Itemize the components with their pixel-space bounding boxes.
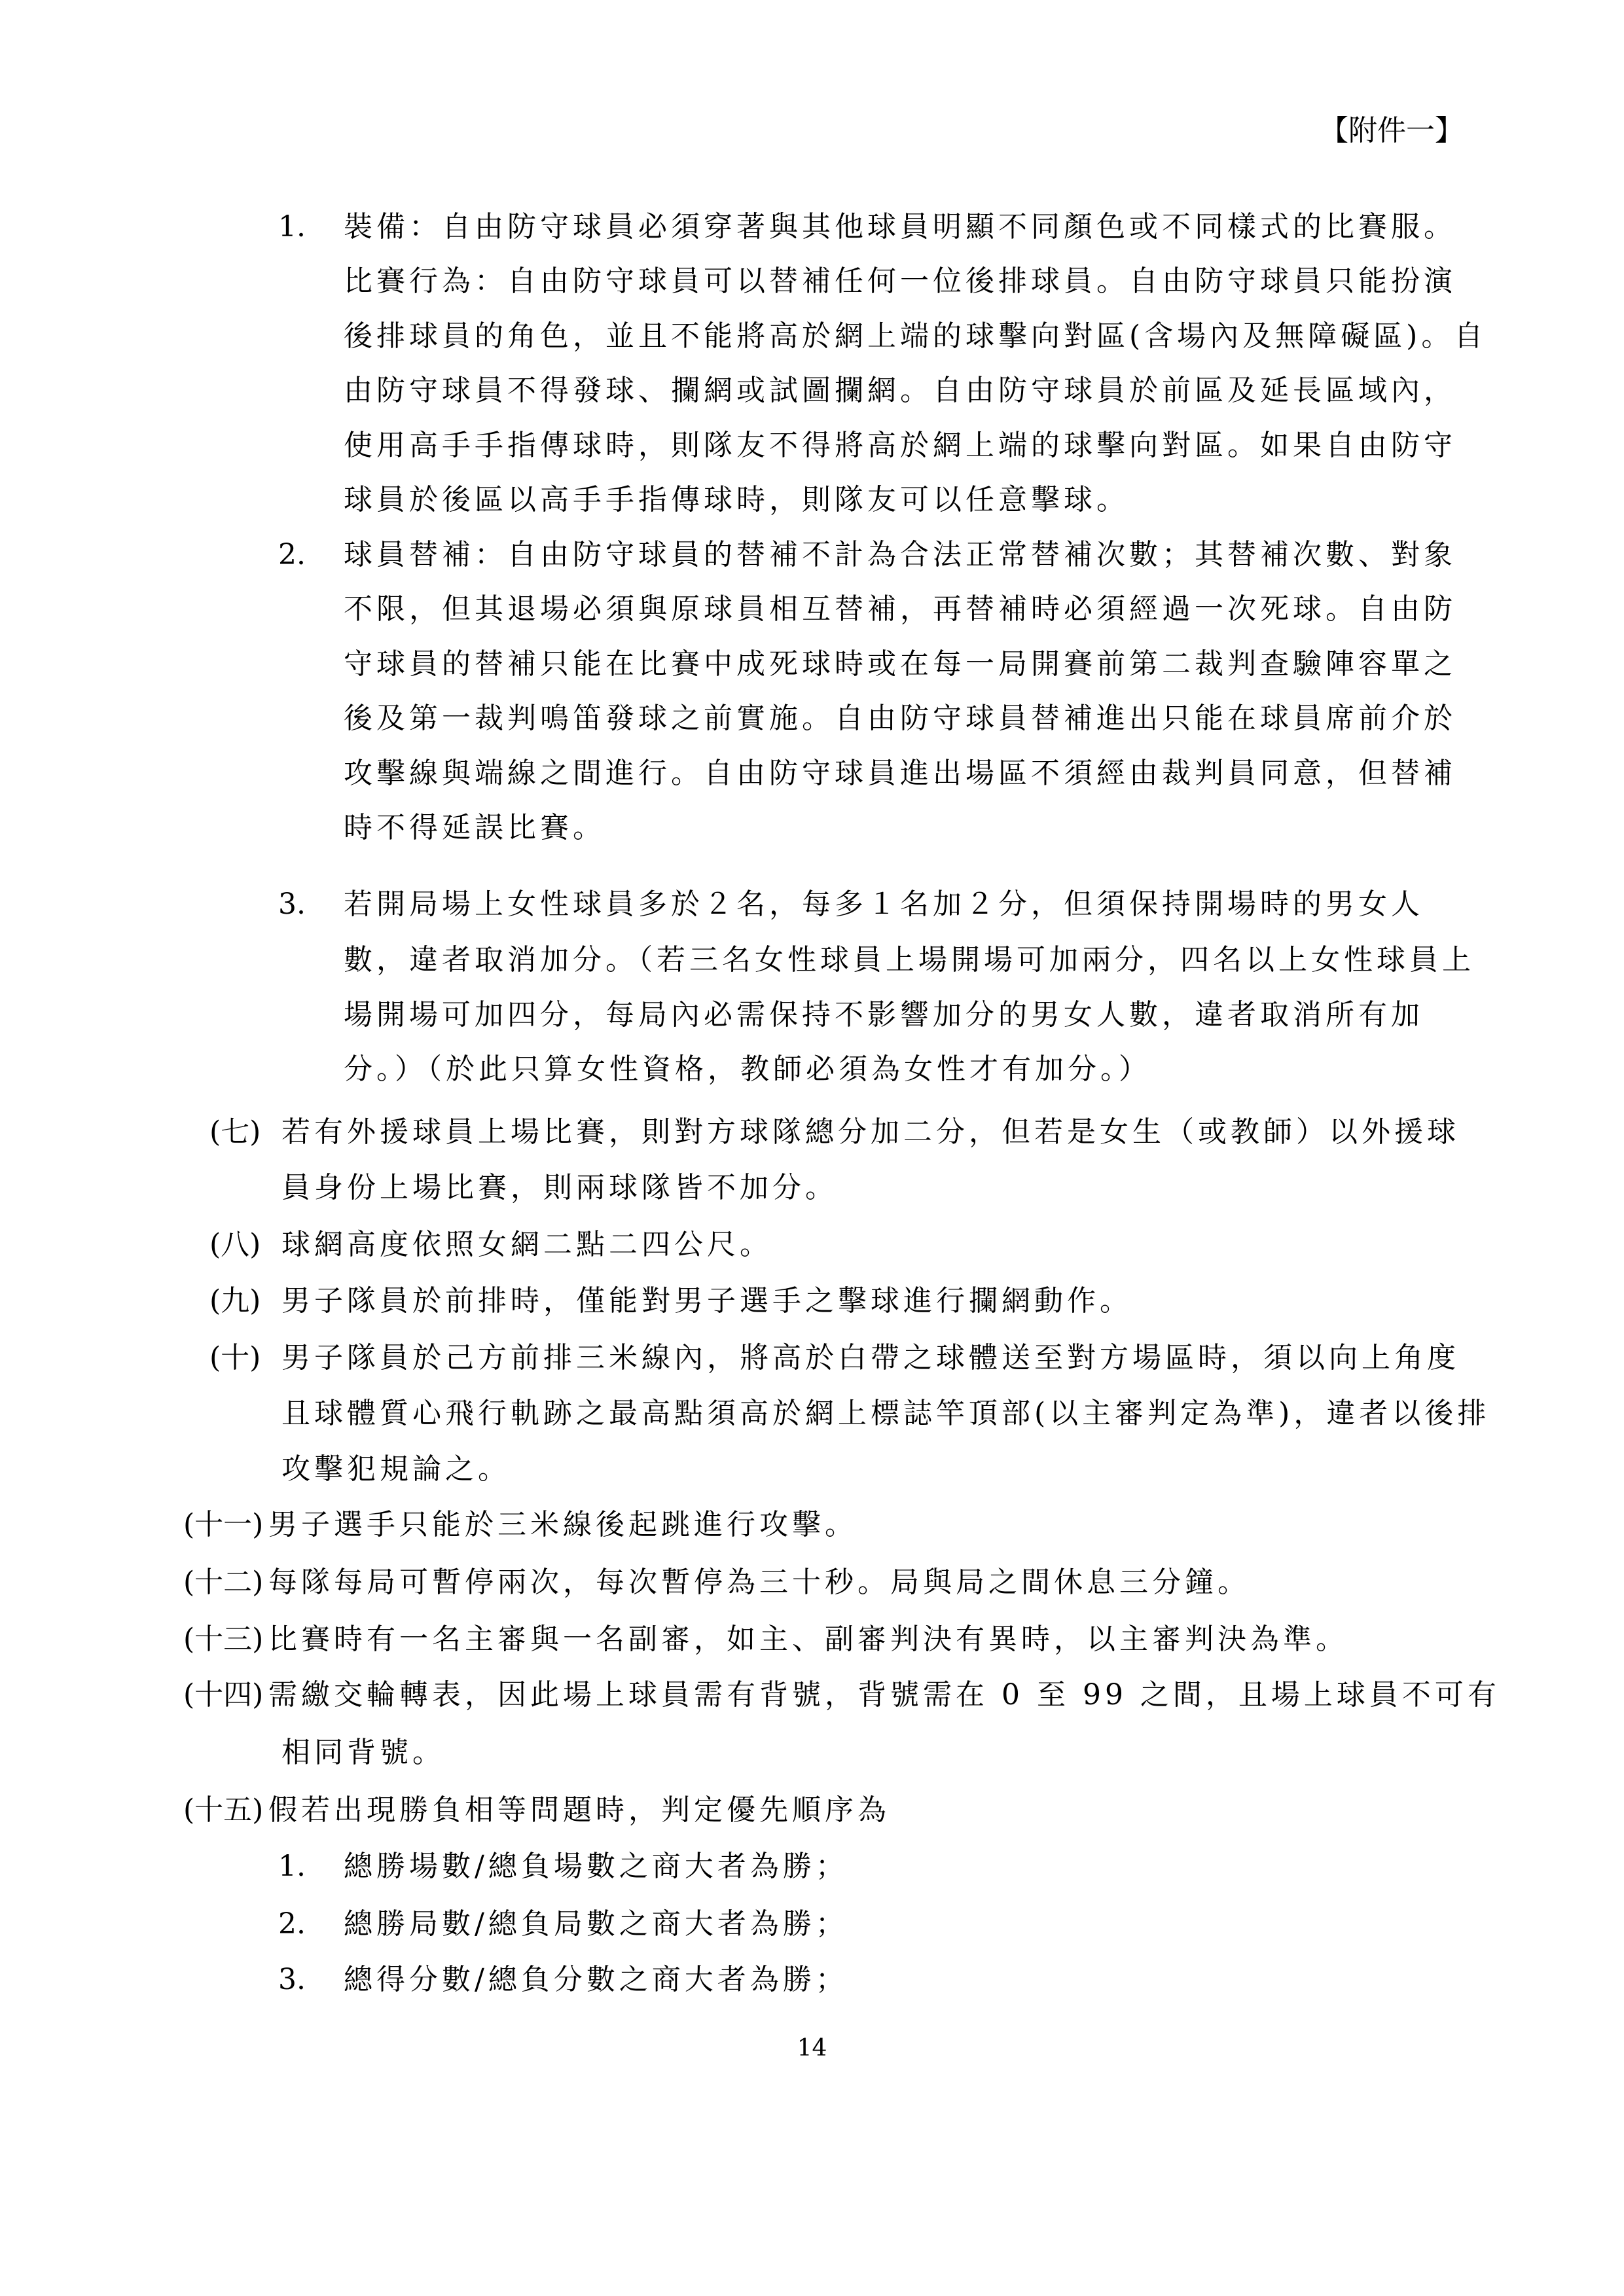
rule-marker: (十五) <box>183 1791 263 1830</box>
text-line: 球員於後區以高手手指傳球時，則隊友可以任意擊球。 <box>344 480 1129 520</box>
text-line: 場開場可加四分，每局內必需保持不影響加分的男女人數，違者取消所有加 <box>344 996 1424 1035</box>
attachment-label: 【附件一】 <box>1320 111 1464 151</box>
rule-marker: (十一) <box>183 1505 263 1545</box>
text-line: 使用高手手指傳球時，則隊友不得將高於網上端的球擊向對區。如果自由防守 <box>344 426 1456 465</box>
text-line: 每隊每局可暫停兩次，每次暫停為三十秒。局與局之間休息三分鐘。 <box>268 1563 1250 1602</box>
text-line: 男子選手只能於三米線後起跳進行攻擊。 <box>268 1505 857 1545</box>
rule-marker: (八) <box>209 1225 261 1265</box>
text-line: 時不得延誤比賽。 <box>344 808 605 848</box>
text-line: 若有外援球員上場比賽，則對方球隊總分加二分，但若是女生（或教師）以外援球 <box>281 1113 1460 1152</box>
page-number: 14 <box>0 2032 1624 2065</box>
text-line: 球網高度依照女網二點二四公尺。 <box>281 1225 772 1265</box>
text-line: 男子隊員於己方前排三米線內，將高於白帶之球體送至對方場區時，須以向上角度 <box>281 1338 1460 1378</box>
text-line: 總得分數/總負分數之商大者為勝； <box>344 1960 848 2000</box>
text-line: 比賽行為：自由防守球員可以替補任何一位後排球員。自由防守球員只能扮演 <box>344 262 1456 301</box>
text-line: 需繳交輪轉表，因此場上球員需有背號，背號需在 0 至 99 之間，且場上球員不可… <box>268 1676 1500 1715</box>
item-number: 2. <box>278 535 306 575</box>
text-line: 若開局場上女性球員多於２名，每多１名加２分，但須保持開場時的男女人 <box>344 885 1424 924</box>
text-line: 比賽時有一名主審與一名副審，如主、副審判決有異時，以主審判決為準。 <box>268 1620 1348 1659</box>
rule-marker: (十三) <box>183 1620 263 1659</box>
rule-marker: (十二) <box>183 1563 263 1602</box>
text-line: 攻擊犯規論之。 <box>281 1450 511 1489</box>
text-line: 後排球員的角色，並且不能將高於網上端的球擊向對區(含場內及無障礙區)。自 <box>344 317 1487 356</box>
item-number: 3. <box>278 1960 306 2000</box>
text-line: 不限，但其退場必須與原球員相互替補，再替補時必須經過一次死球。自由防 <box>344 590 1456 629</box>
text-line: 假若出現勝負相等問題時，判定優先順序為 <box>268 1791 890 1830</box>
text-line: 數，違者取消加分。（若三名女性球員上場開場可加兩分，四名以上女性球員上 <box>344 941 1475 980</box>
text-line: 員身份上場比賽，則兩球隊皆不加分。 <box>281 1168 838 1208</box>
item-number: 1. <box>278 207 306 247</box>
text-line: 守球員的替補只能在比賽中成死球時或在每一局開賽前第二裁判查驗陣容單之 <box>344 645 1456 684</box>
text-line: 攻擊線與端線之間進行。自由防守球員進出場區不須經由裁判員同意，但替補 <box>344 754 1456 793</box>
rule-marker: (九) <box>209 1282 261 1321</box>
text-line: 球員替補：自由防守球員的替補不計為合法正常替補次數；其替補次數、對象 <box>344 535 1456 575</box>
text-line: 總勝場數/總負場數之商大者為勝； <box>344 1847 848 1886</box>
rule-marker: (十四) <box>183 1676 263 1715</box>
text-line: 且球體質心飛行軌跡之最高點須高於網上標誌竿頂部(以主審判定為準)，違者以後排 <box>281 1394 1490 1433</box>
item-number: 1. <box>278 1847 306 1886</box>
document-page: 【附件一】 1. 裝備：自由防守球員必須穿著與其他球員明顯不同顏色或不同樣式的比… <box>0 0 1624 2296</box>
item-number: 3. <box>278 885 306 924</box>
rule-marker: (十) <box>209 1338 261 1378</box>
text-line: 後及第一裁判鳴笛發球之前實施。自由防守球員替補進出只能在球員席前介於 <box>344 699 1456 738</box>
text-line: 裝備：自由防守球員必須穿著與其他球員明顯不同顏色或不同樣式的比賽服。 <box>344 207 1456 247</box>
text-line: 相同背號。 <box>281 1733 445 1772</box>
text-line: 總勝局數/總負局數之商大者為勝； <box>344 1905 848 1944</box>
item-number: 2. <box>278 1905 306 1944</box>
rule-marker: (七) <box>209 1113 261 1152</box>
text-line: 分。）（於此只算女性資格，教師必須為女性才有加分。） <box>344 1050 1151 1089</box>
text-line: 男子隊員於前排時，僅能對男子選手之擊球進行攔網動作。 <box>281 1282 1132 1321</box>
text-line: 由防守球員不得發球、攔網或試圖攔網。自由防守球員於前區及延長區域內， <box>344 371 1456 410</box>
